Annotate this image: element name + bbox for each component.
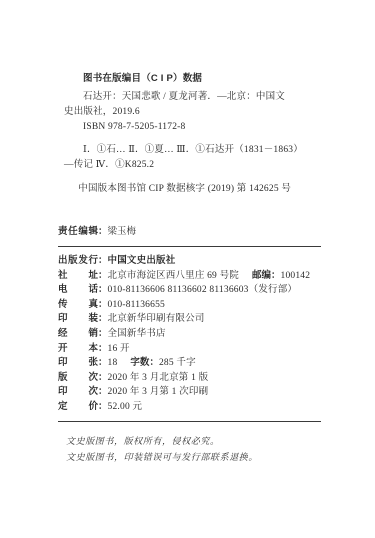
row-extra-label: 字数 [130,356,149,371]
colon: ： [98,357,108,368]
cip-entry-line2: 史出版社，2019.6 [64,105,321,120]
cip-title: 图书在版编目（C I P）数据 [64,71,321,86]
cip-block: 图书在版编目（C I P）数据 石达开：天国悲歌 / 夏龙河著．—北京：中国文 … [64,71,321,197]
cip-entry-line1: 石达开：天国悲歌 / 夏龙河著．—北京：中国文 [64,90,321,105]
row-value: 52.00 元 [108,402,143,412]
row-value: 中国文史出版社 [108,255,176,266]
colon: ： [98,255,108,266]
row-value: 全国新华书店 [108,329,166,339]
publishing-row: 印次：2020 年 3 月第 1 次印刷 [58,385,321,400]
colon: ： [98,270,108,281]
row-label: 经销 [58,327,98,342]
colon: ： [98,313,108,324]
publishing-row: 开本：16 开 [58,342,321,357]
publishing-row: 经销：全国新华书店 [58,327,321,342]
publishing-row: 印张：18字数：285 千字 [58,356,321,371]
colon: ： [98,401,108,412]
row-label: 印张 [58,356,98,371]
publishing-row: 版次：2020 年 3 月北京第 1 版 [58,371,321,386]
row-value: 北京新华印刷有限公司 [108,314,205,324]
colophon-page: 图书在版编目（C I P）数据 石达开：天国悲歌 / 夏龙河著．—北京：中国文 … [0,0,375,538]
publishing-row: 出版发行：中国文史出版社 [58,254,321,269]
row-label: 出版发行 [58,254,98,269]
colon: ： [98,386,108,397]
divider-bottom [58,421,321,422]
colon: ： [98,226,108,237]
row-label: 版次 [58,371,98,386]
row-value: 18 [108,358,118,368]
editor-row: 责任编辑：梁玉梅 [58,225,321,239]
row-value: 010-81136606 81136602 81136603（发行部） [108,285,298,295]
row-label: 开本 [58,342,98,357]
copyright-notice: 文史版图书，版权所有，侵权必究。 [66,433,321,449]
publishing-row: 电话：010-81136606 81136602 81136603（发行部） [58,283,321,298]
row-value: 北京市海淀区西八里庄 69 号院 [108,271,239,281]
row-extra-label: 邮编 [252,269,271,284]
row-label: 定价 [58,400,98,415]
copyright-notices: 文史版图书，版权所有，侵权必究。 文史版图书，印装错误可与发行部联系退换。 [66,433,321,465]
row-label: 电话 [58,283,98,298]
divider-top [58,246,321,247]
editor-name: 梁玉梅 [108,227,137,237]
cip-record-number: 中国版本图书馆 CIP 数据核字 (2019) 第 142625 号 [64,182,321,197]
editor-label: 责任编辑 [58,225,98,239]
publishing-info: 出版发行：中国文史出版社社址：北京市海淀区西八里庄 69 号院邮编：100142… [58,254,321,415]
cip-class-line1: Ⅰ．①石… Ⅱ．①夏… Ⅲ．①石达开（1831－1863） [64,143,321,158]
cip-gap [64,135,321,143]
row-value: 010-81136655 [108,300,165,310]
colon: ： [98,328,108,339]
row-label: 印装 [58,312,98,327]
colon: ： [271,270,281,281]
row-label: 印次 [58,385,98,400]
publishing-row: 印装：北京新华印刷有限公司 [58,312,321,327]
row-extra-value: 285 千字 [159,358,196,368]
row-label: 传真 [58,298,98,313]
colon: ： [98,299,108,310]
row-value: 2020 年 3 月第 1 次印刷 [108,387,209,397]
cip-class-line2: —传记 Ⅳ．①K825.2 [64,158,321,173]
row-label: 社址 [58,269,98,284]
row-value: 16 开 [108,344,130,354]
publishing-row: 定价：52.00 元 [58,400,321,415]
row-extra-value: 100142 [281,271,311,281]
return-notice: 文史版图书，印装错误可与发行部联系退换。 [66,449,321,465]
colon: ： [98,372,108,383]
colon: ： [98,284,108,295]
colon: ： [98,343,108,354]
row-value: 2020 年 3 月北京第 1 版 [108,373,209,383]
cip-isbn: ISBN 978-7-5205-1172-8 [64,120,321,135]
publishing-row: 传真：010-81136655 [58,298,321,313]
colon: ： [149,357,159,368]
publishing-row: 社址：北京市海淀区西八里庄 69 号院邮编：100142 [58,269,321,284]
